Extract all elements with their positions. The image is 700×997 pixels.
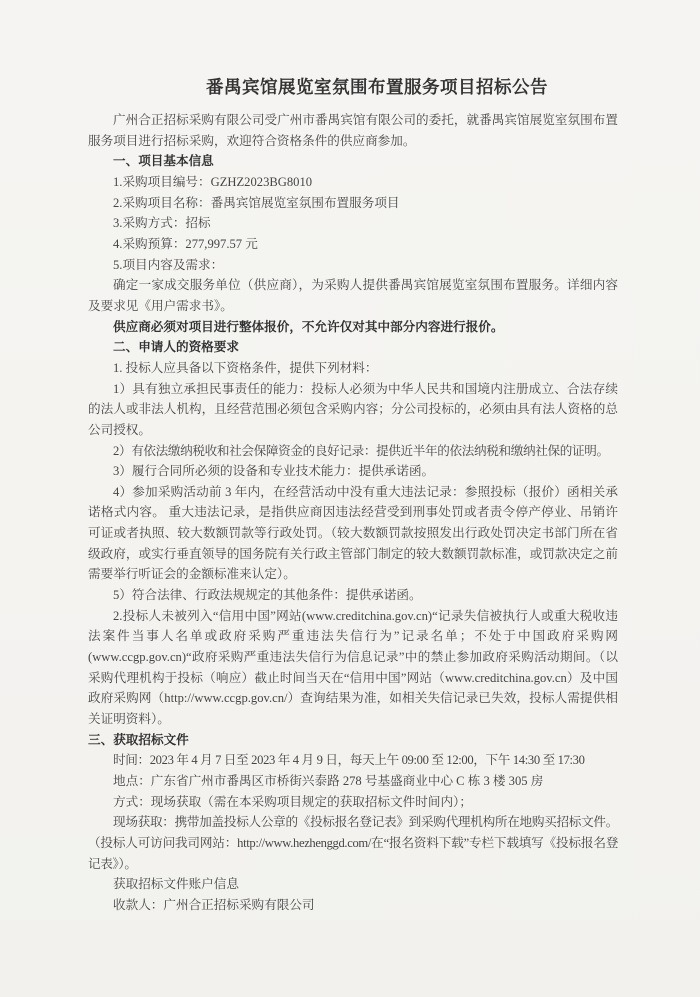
doc-title: 番禺宾馆展览室氛围布置服务项目招标公告 xyxy=(88,74,618,100)
para-whole-bid-notice: 供应商必须对项目进行整体报价，不允许仅对其中部分内容进行报价。 xyxy=(88,317,618,338)
para-intro: 广州合正招标采购有限公司受广州市番禺宾馆有限公司的委托，就番禺宾馆展览室氛围布置… xyxy=(88,110,618,151)
para-qual-1: 1）具有独立承担民事责任的能力：投标人必须为中华人民共和国境内注册成立、合法存续… xyxy=(88,379,618,441)
document-body: 番禺宾馆展览室氛围布置服务项目招标公告 广州合正招标采购有限公司受广州市番禺宾馆… xyxy=(88,0,618,916)
item-budget: 4.采购预算：277,997.57 元 xyxy=(88,234,618,255)
heading-section-2: 二、申请人的资格要求 xyxy=(88,337,618,358)
para-account-info-header: 获取招标文件账户信息 xyxy=(88,874,618,895)
heading-section-3: 三、获取招标文件 xyxy=(88,730,618,751)
item-payee: 收款人：广州合正招标采购有限公司 xyxy=(88,895,618,916)
item-project-number: 1.采购项目编号：GZHZ2023BG8010 xyxy=(88,172,618,193)
para-qual-2: 2）有依法缴纳税收和社会保障资金的良好记录：提供近半年的依法纳税和缴纳社保的证明… xyxy=(88,441,618,462)
item-procurement-method: 3.采购方式：招标 xyxy=(88,213,618,234)
document-page: 番禺宾馆展览室氛围布置服务项目招标公告 广州合正招标采购有限公司受广州市番禺宾馆… xyxy=(0,0,700,997)
para-content-detail: 确定一家成交服务单位（供应商），为采购人提供番禺宾馆展览室氛围布置服务。详细内容… xyxy=(88,275,618,316)
para-qual-5: 5）符合法律、行政法规规定的其他条件：提供承诺函。 xyxy=(88,585,618,606)
para-credit-check: 2.投标人未被列入“信用中国”网站(www.creditchina.gov.cn… xyxy=(88,606,618,730)
para-onsite-acquisition: 现场获取：携带加盖投标人公章的《投标报名登记表》到采购代理机构所在地购买招标文件… xyxy=(88,812,618,874)
item-project-name: 2.采购项目名称：番禺宾馆展览室氛围布置服务项目 xyxy=(88,193,618,214)
para-qual-4: 4）参加采购活动前 3 年内，在经营活动中没有重大违法记录：参照投标（报价）函相… xyxy=(88,482,618,585)
heading-section-1: 一、项目基本信息 xyxy=(88,151,618,172)
item-location: 地点：广东省广州市番禺区市桥街兴泰路 278 号基盛商业中心 C 栋 3 楼 3… xyxy=(88,771,618,792)
item-content-header: 5.项目内容及需求： xyxy=(88,255,618,276)
para-qualification-intro: 1. 投标人应具备以下资格条件，提供下列材料： xyxy=(88,358,618,379)
item-time: 时间：2023 年 4 月 7 日至 2023 年 4 月 9 日，每天上午 0… xyxy=(88,750,618,771)
item-method: 方式：现场获取（需在本采购项目规定的获取招标文件时间内）； xyxy=(88,792,618,813)
para-qual-3: 3）履行合同所必须的设备和专业技术能力：提供承诺函。 xyxy=(88,461,618,482)
